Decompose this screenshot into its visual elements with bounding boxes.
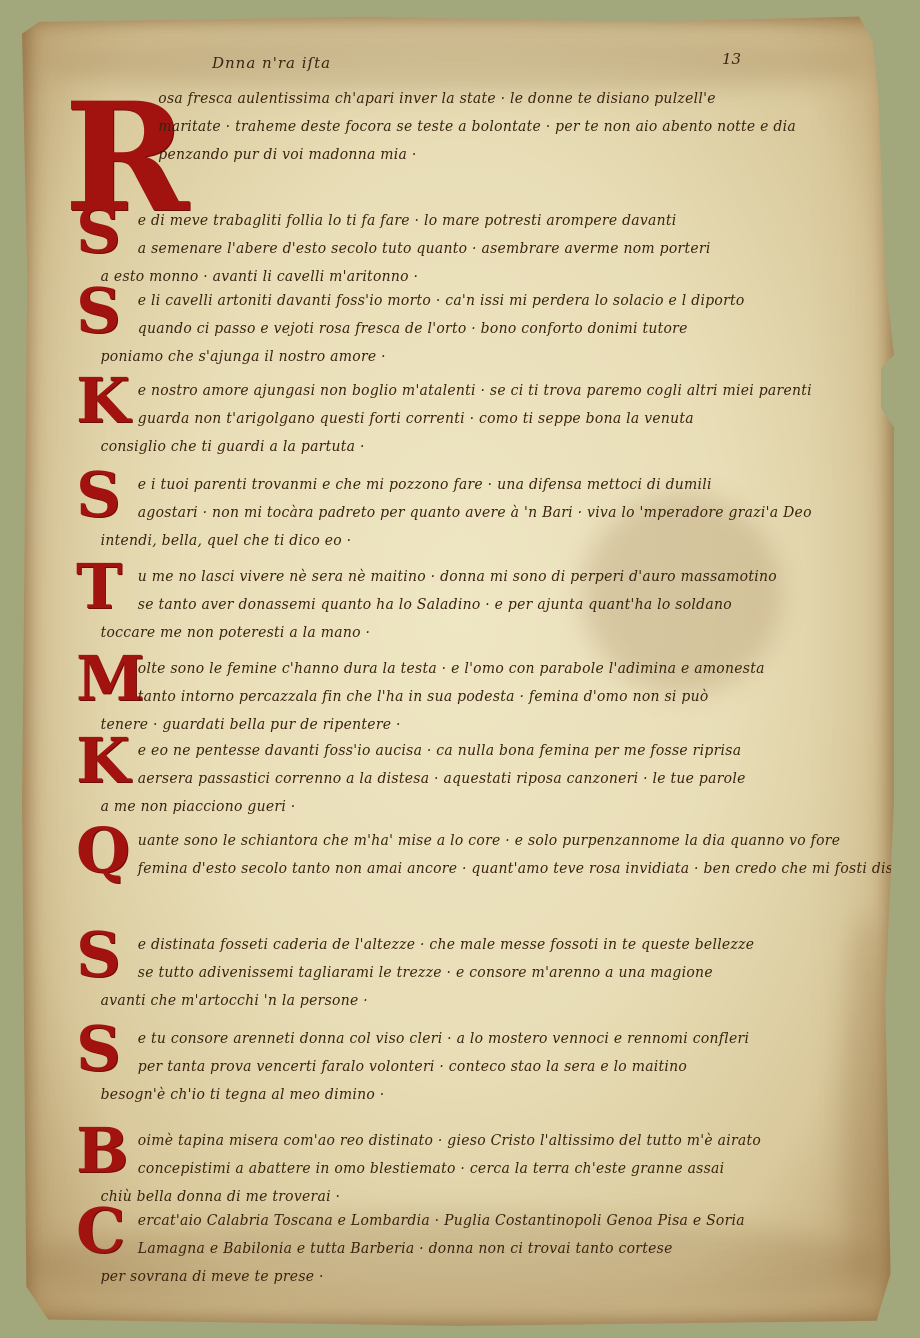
manuscript-line: intendi, bella, quel che ti dico eo · bbox=[82, 526, 807, 554]
stanza: Se distinata fosseti caderia de l'altezz… bbox=[82, 930, 862, 1014]
manuscript-line: e tu consore arenneti donna col viso cle… bbox=[82, 1024, 807, 1052]
stanza: Se di meve trabagliti follia lo ti fa fa… bbox=[82, 206, 862, 290]
manuscript-line: se tanto aver donassemi quanto ha lo Sal… bbox=[82, 590, 807, 618]
manuscript-line: poniamo che s'ajunga il nostro amore · bbox=[82, 342, 807, 370]
manuscript-line: a me non piacciono gueri · bbox=[82, 792, 807, 820]
stanza: Se li cavelli artoniti davanti foss'io m… bbox=[82, 286, 862, 370]
manuscript-line: tanto intorno percazzala fin che l'ha in… bbox=[82, 682, 807, 710]
manuscript-line: guarda non t'arigolgano questi forti cor… bbox=[82, 404, 807, 432]
stanza: Ke eo ne pentesse davanti foss'io aucisa… bbox=[82, 736, 862, 820]
manuscript-line: aersera passastici correnno a la distesa… bbox=[82, 764, 807, 792]
manuscript-line: agostari · non mi tocàra padreto per qua… bbox=[82, 498, 807, 526]
manuscript-line: e eo ne pentesse davanti foss'io aucisa … bbox=[82, 736, 807, 764]
manuscript-line: toccare me non poteresti a la mano · bbox=[82, 618, 807, 646]
manuscript-line: concepistimi a abattere in omo blestiema… bbox=[82, 1154, 807, 1182]
manuscript-line: olte sono le femine c'hanno dura la test… bbox=[82, 654, 807, 682]
manuscript-line: Lamagna e Babilonia e tutta Barberia · d… bbox=[82, 1234, 807, 1262]
manuscript-line: quando ci passo e vejoti rosa fresca de … bbox=[82, 314, 807, 342]
stanza: Se tu consore arenneti donna col viso cl… bbox=[82, 1024, 862, 1108]
manuscript-line: osa fresca aulentissima ch'apari inver l… bbox=[82, 84, 807, 112]
manuscript-line: tenere · guardati bella pur de ripentere… bbox=[82, 710, 807, 738]
manuscript-line: u me no lasci vivere nè sera nè maitino … bbox=[82, 562, 807, 590]
manuscript-line: uante sono le schiantora che m'ha' mise … bbox=[82, 826, 807, 854]
stanza: Quante sono le schiantora che m'ha' mise… bbox=[82, 826, 862, 882]
stanza: Cercat'aio Calabria Toscana e Lombardia … bbox=[82, 1206, 862, 1290]
stanza: Ke nostro amore ajungasi non boglio m'at… bbox=[82, 376, 862, 460]
manuscript-line: e nostro amore ajungasi non boglio m'ata… bbox=[82, 376, 807, 404]
stanza: Se i tuoi parenti trovanmi e che mi pozz… bbox=[82, 470, 862, 554]
stanza: Molte sono le femine c'hanno dura la tes… bbox=[82, 654, 862, 738]
folio-number: 13 bbox=[722, 50, 741, 68]
page-header: Dnna n'ra iſta bbox=[212, 54, 331, 72]
manuscript-line: besogn'è ch'io ti tegna al meo dimino · bbox=[82, 1080, 807, 1108]
manuscript-line: se tutto adivenissemi tagliarami le trez… bbox=[82, 958, 807, 986]
stanza: Boimè tapina misera com'ao reo distinato… bbox=[82, 1126, 862, 1210]
manuscript-line: per sovrana di meve te prese · bbox=[82, 1262, 807, 1290]
manuscript-line: avanti che m'artocchi 'n la persone · bbox=[82, 986, 807, 1014]
manuscript-line: consiglio che ti guardi a la partuta · bbox=[82, 432, 807, 460]
manuscript-line: e li cavelli artoniti davanti foss'io mo… bbox=[82, 286, 807, 314]
manuscript-line: e di meve trabagliti follia lo ti fa far… bbox=[82, 206, 807, 234]
manuscript-line: maritate · traheme deste focora se teste… bbox=[82, 112, 807, 140]
manuscript-line: e distinata fosseti caderia de l'altezze… bbox=[82, 930, 807, 958]
manuscript-line: per tanta prova vencerti faralo volonter… bbox=[82, 1052, 807, 1080]
manuscript-line: e i tuoi parenti trovanmi e che mi pozzo… bbox=[82, 470, 807, 498]
manuscript-line: a semenare l'abere d'esto secolo tuto qu… bbox=[82, 234, 807, 262]
manuscript-line: oimè tapina misera com'ao reo distinato … bbox=[82, 1126, 807, 1154]
manuscript-line: ercat'aio Calabria Toscana e Lombardia ·… bbox=[82, 1206, 807, 1234]
stanza: Rosa fresca aulentissima ch'apari inver … bbox=[82, 84, 862, 168]
stanza: Tu me no lasci vivere nè sera nè maitino… bbox=[82, 562, 862, 646]
manuscript-page: Dnna n'ra iſta 13 Rosa fresca aulentissi… bbox=[22, 14, 894, 1326]
manuscript-line: femina d'esto secolo tanto non amai anco… bbox=[82, 854, 807, 882]
manuscript-line: penzando pur di voi madonna mia · bbox=[82, 140, 807, 168]
